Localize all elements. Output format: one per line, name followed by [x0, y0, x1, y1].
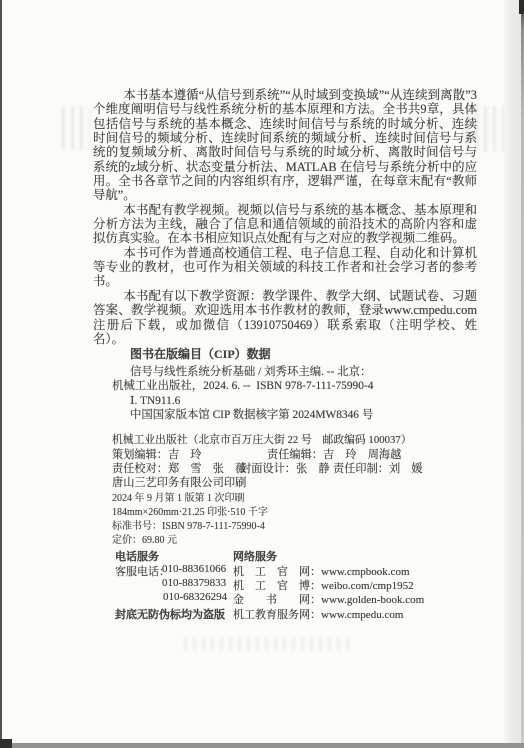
bleedthrough-artifact — [62, 106, 90, 150]
network-service-row: 机工教育服务网：www.cmpedu.com — [233, 606, 403, 622]
site-label: 机工教育服务网： — [233, 606, 321, 622]
site-label: 金 书 网： — [233, 591, 321, 607]
intro-paragraph: 本书基本遵循“从信号到系统”“从时域到变换域”“从连续到离散”3个维度阐明信号与… — [93, 88, 477, 203]
phone-service-header: 电话服务 — [115, 548, 159, 564]
publisher-address-line: 机械工业出版社（北京市百万庄大街 22 号 邮政编码 100037） — [112, 432, 412, 447]
intro-paragraph: 本书可作为普通高校通信工程、电子信息工程、自动化和计算机等专业的教材，也可作为相… — [93, 246, 477, 289]
book-copyright-page: 本书基本遵循“从信号到系统”“从时域到变换域”“从连续到离散”3个维度阐明信号与… — [0, 0, 524, 748]
cip-publisher-isbn-line: 机械工业出版社，2024. 6. -- ISBN 978-7-111-75990… — [112, 377, 373, 393]
site-url: www.golden-book.com — [321, 594, 424, 606]
scan-bottom-edge — [0, 743, 524, 748]
cip-classification-code: Ⅰ. TN911.6 — [130, 393, 180, 407]
phone-number: 010-68326294 — [163, 591, 227, 603]
book-introduction: 本书基本遵循“从信号到系统”“从时域到变换域”“从连续到离散”3个维度阐明信号与… — [93, 88, 477, 346]
site-url: www.cmpedu.com — [321, 609, 403, 621]
scan-corner-top-right — [519, 0, 524, 14]
edition-printing-line: 2024 年 9 月第 1 版第 1 次印刷 — [112, 489, 245, 504]
intro-paragraph: 本书配有以下教学资源：教学课件、教学大纲、试题试卷、习题答案、教学视频。欢迎选用… — [93, 289, 477, 346]
network-service-row: 金 书 网：www.golden-book.com — [233, 591, 424, 607]
format-sheets-line: 184mm×260mm·21.25 印张·510 千字 — [112, 503, 268, 518]
cover-designer: 封面设计：张 静 — [240, 460, 330, 476]
cip-heading: 图书在版编目（CIP）数据 — [130, 345, 271, 362]
bleedthrough-artifact — [184, 638, 352, 651]
cip-registration-number: 中国国家版本馆 CIP 数据核字第 2024MW8346 号 — [130, 406, 373, 422]
anti-piracy-notice: 封底无防伪标均为盗版 — [115, 606, 225, 622]
print-supervisor: 责任印制：刘 媛 — [333, 460, 423, 476]
intro-paragraph: 本书配有教学视频。视频以信号与系统的基本概念、基本原理和分析方法为主线，融合了信… — [93, 203, 477, 246]
phone-number: 010-88361066 — [162, 563, 226, 575]
standard-isbn-line: 标准书号：ISBN 978-7-111-75990-4 — [112, 517, 265, 532]
phone-number: 010-88379833 — [162, 577, 226, 589]
network-service-header: 网络服务 — [233, 548, 277, 564]
printing-company: 唐山三艺印务有限公司印刷 — [112, 474, 246, 490]
price-line: 定价：69.80 元 — [112, 531, 177, 546]
scan-corner-bottom-left — [0, 739, 12, 748]
scan-left-edge — [0, 0, 2, 748]
